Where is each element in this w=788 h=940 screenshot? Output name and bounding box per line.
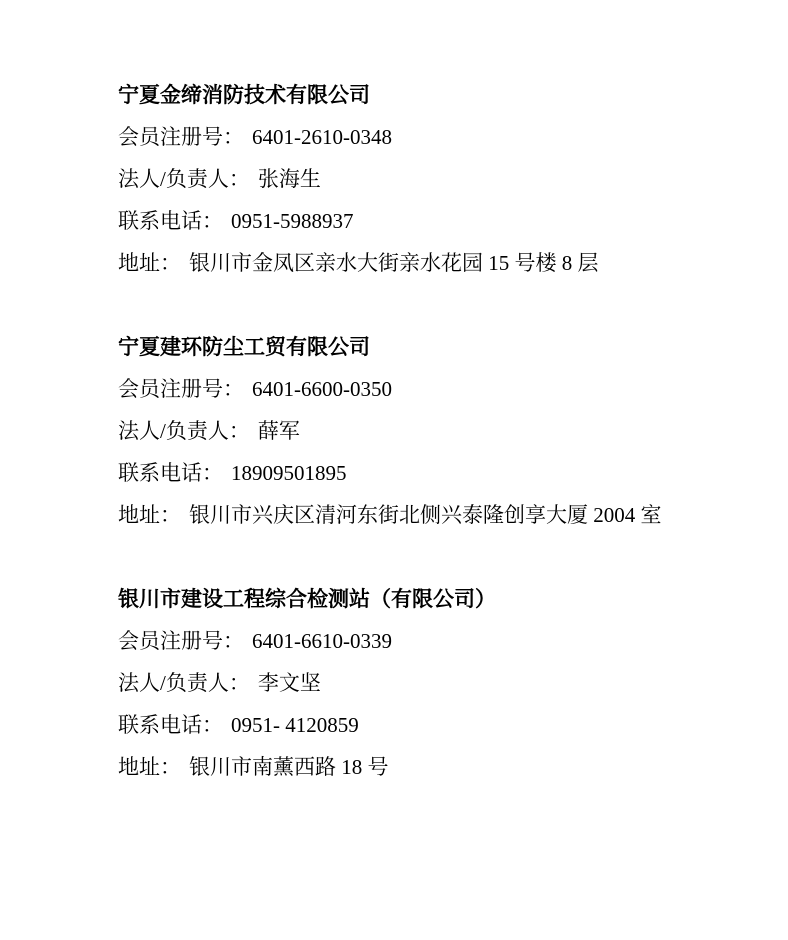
field-row: 联系电话：18909501895 <box>118 452 678 494</box>
field-row: 法人/负责人：薛军 <box>118 410 678 452</box>
field-row: 法人/负责人：李文坚 <box>118 662 678 704</box>
field-label: 地址： <box>118 503 181 527</box>
field-row: 会员注册号：6401-6610-0339 <box>118 620 678 662</box>
field-label: 会员注册号： <box>118 377 244 401</box>
field-row: 法人/负责人：张海生 <box>118 158 678 200</box>
field-value: 6401-2610-0348 <box>252 125 392 149</box>
company-card: 银川市建设工程综合检测站（有限公司） 会员注册号：6401-6610-0339 … <box>118 578 678 788</box>
field-label: 法人/负责人： <box>118 419 250 443</box>
field-value: 0951-5988937 <box>231 209 354 233</box>
field-label: 联系电话： <box>118 461 223 485</box>
field-label: 法人/负责人： <box>118 671 250 695</box>
field-value: 6401-6610-0339 <box>252 629 392 653</box>
field-value: 银川市兴庆区清河东街北侧兴泰隆创享大厦 2004 室 <box>189 503 662 527</box>
field-label: 地址： <box>118 251 181 275</box>
field-value: 0951- 4120859 <box>231 713 359 737</box>
field-row: 会员注册号：6401-2610-0348 <box>118 116 678 158</box>
company-card: 宁夏金缔消防技术有限公司 会员注册号：6401-2610-0348 法人/负责人… <box>118 74 678 284</box>
field-label: 法人/负责人： <box>118 167 250 191</box>
field-label: 会员注册号： <box>118 629 244 653</box>
field-label: 联系电话： <box>118 713 223 737</box>
field-row: 地址：银川市金凤区亲水大街亲水花园 15 号楼 8 层 <box>118 242 678 284</box>
field-label: 联系电话： <box>118 209 223 233</box>
company-name: 宁夏建环防尘工贸有限公司 <box>118 326 678 368</box>
field-value: 银川市金凤区亲水大街亲水花园 15 号楼 8 层 <box>189 251 599 275</box>
company-card: 宁夏建环防尘工贸有限公司 会员注册号：6401-6600-0350 法人/负责人… <box>118 326 678 536</box>
document-page: 宁夏金缔消防技术有限公司 会员注册号：6401-2610-0348 法人/负责人… <box>118 74 678 830</box>
field-value: 银川市南薰西路 18 号 <box>189 755 389 779</box>
field-value: 6401-6600-0350 <box>252 377 392 401</box>
field-row: 地址：银川市兴庆区清河东街北侧兴泰隆创享大厦 2004 室 <box>118 494 678 536</box>
field-value: 薛军 <box>258 419 300 443</box>
field-row: 会员注册号：6401-6600-0350 <box>118 368 678 410</box>
field-value: 李文坚 <box>258 671 321 695</box>
field-label: 会员注册号： <box>118 125 244 149</box>
company-name: 宁夏金缔消防技术有限公司 <box>118 74 678 116</box>
field-value: 18909501895 <box>231 461 347 485</box>
field-value: 张海生 <box>258 167 321 191</box>
field-label: 地址： <box>118 755 181 779</box>
field-row: 联系电话：0951- 4120859 <box>118 704 678 746</box>
field-row: 联系电话：0951-5988937 <box>118 200 678 242</box>
company-name: 银川市建设工程综合检测站（有限公司） <box>118 578 678 620</box>
field-row: 地址：银川市南薰西路 18 号 <box>118 746 678 788</box>
